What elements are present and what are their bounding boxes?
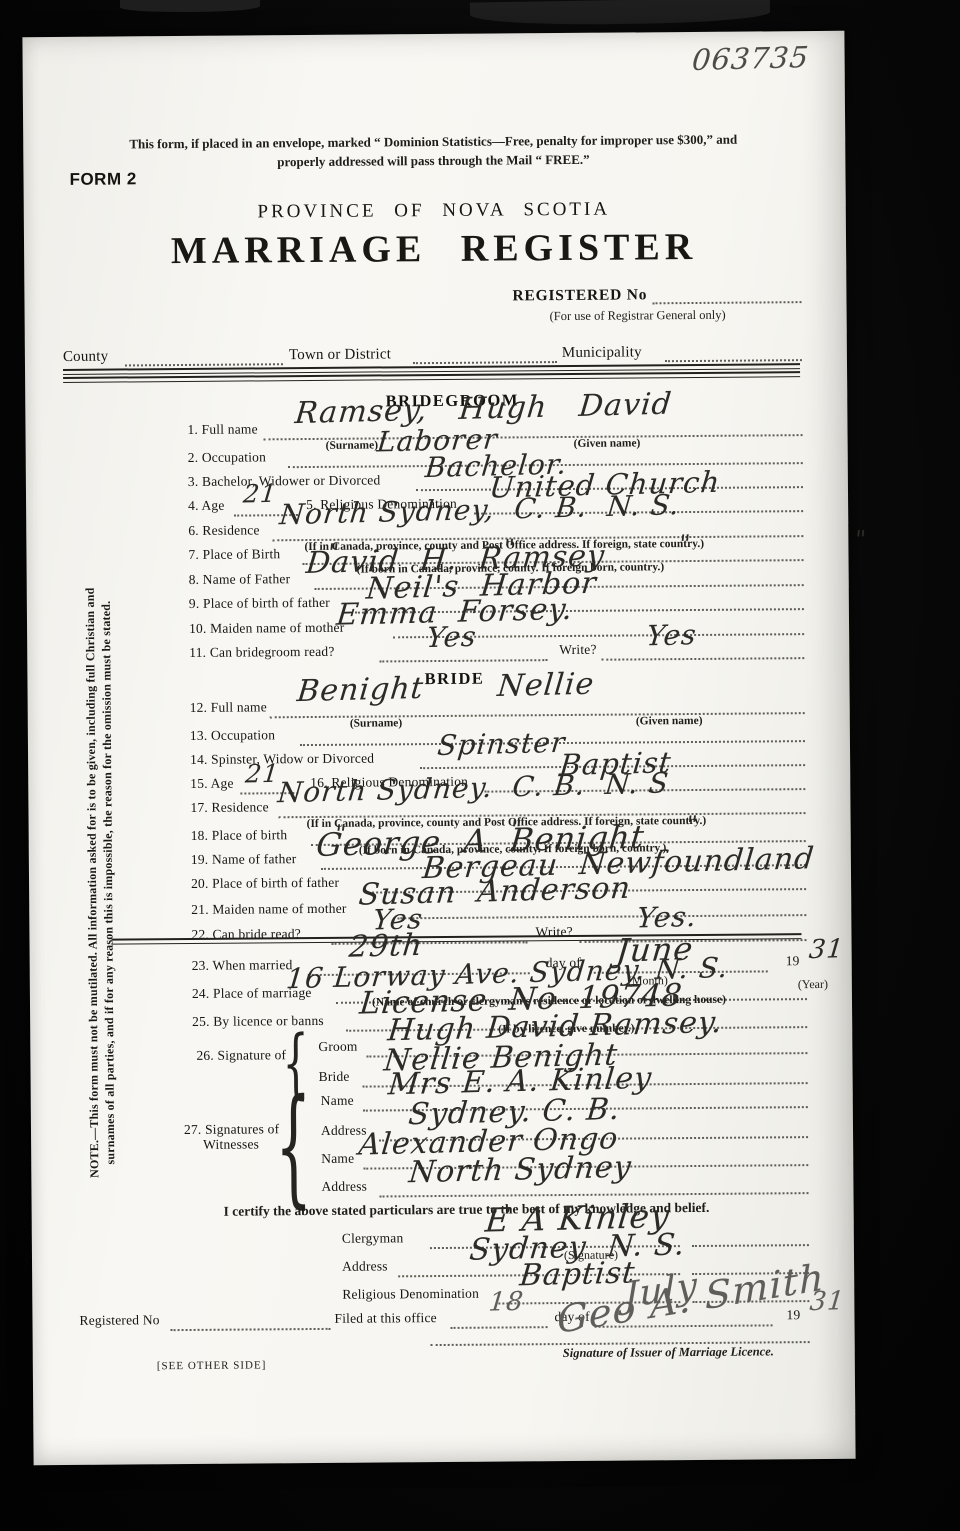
municipality-label: Municipality <box>562 344 642 362</box>
groom-status-label: 3. Bachelor, Widower or Divorced <box>188 472 381 490</box>
municipality-blank <box>665 359 802 362</box>
filed-at-office-label: Filed at this office <box>334 1310 436 1327</box>
filed-day-line <box>451 1326 548 1329</box>
issuer-signature-caption: Signature of Issuer of Marriage Licence. <box>563 1344 774 1361</box>
town-district-blank <box>413 361 557 364</box>
groom-mother-label: 10. Maiden name of mother <box>189 620 344 637</box>
registered-no-bottom-line <box>171 1328 331 1331</box>
witness2-address-label: Address <box>321 1179 367 1195</box>
witness2-address-line <box>380 1192 809 1197</box>
surname-caption: (Surname) <box>326 439 378 451</box>
clergy-denomination-label: Religious Denomination <box>342 1286 479 1303</box>
bride-status-label: 14. Spinster, Widow or Divorced <box>190 751 374 768</box>
bride-birthplace-label: 18. Place of birth <box>191 827 288 844</box>
bride-age-label: 15. Age <box>190 776 234 792</box>
groom-birthplace-label: 7. Place of Birth <box>188 546 280 563</box>
filed-year-prefix: 19 <box>786 1307 800 1323</box>
groom-father-birthplace-label: 9. Place of birth of father <box>189 595 330 612</box>
groom-residence-label: 6. Residence <box>188 522 260 539</box>
witness2-name-label: Name <box>321 1151 354 1167</box>
given-name-caption: (Given name) <box>636 715 703 728</box>
bride-mother-label: 21. Maiden name of mother <box>191 901 346 918</box>
year-caption: (Year) <box>798 977 828 992</box>
form-number: FORM 2 <box>69 169 136 190</box>
bride-mother-line <box>397 914 806 919</box>
groom-can-write-label: Write? <box>559 642 597 658</box>
marriage-register-form: 063735 This form, if placed in an envelo… <box>22 31 855 1465</box>
envelope-note-line2: properly addressed will pass through the… <box>83 150 783 171</box>
county-label: County <box>63 349 109 366</box>
witnesses-brace: { <box>275 1083 313 1211</box>
signature-of-label: 26. Signature of <box>196 1047 286 1064</box>
handwritten-serial-number: 063735 <box>691 43 811 75</box>
registered-no-blank <box>653 301 802 304</box>
surname-caption: (Surname) <box>350 717 402 729</box>
bride-status-handwriting: Spinster <box>436 729 567 760</box>
groom-age-label: 4. Age <box>188 498 225 514</box>
bride-can-write-handwriting: Yes. <box>635 903 698 933</box>
bride-father-birthplace-label: 20. Place of birth of father <box>191 875 339 892</box>
groom-occupation-label: 2. Occupation <box>188 449 266 466</box>
witnesses-label-line1: 27. Signatures of <box>184 1121 279 1138</box>
registered-no-label: REGISTERED No <box>512 286 647 305</box>
when-married-label: 23. When married <box>192 957 293 974</box>
filed-day-handwriting: 18 <box>487 1289 525 1316</box>
document-title: MARRIAGE REGISTER <box>64 224 804 274</box>
groom-can-read-line <box>379 659 547 662</box>
witnesses-label-line2: Witnesses <box>203 1136 259 1152</box>
clergyman-address-label: Address <box>342 1258 388 1274</box>
town-district-label: Town or District <box>289 346 391 364</box>
bride-full-name-handwriting: Benight Nellie <box>296 670 596 708</box>
county-blank <box>125 363 283 366</box>
bride-father-label: 19. Name of father <box>191 851 297 868</box>
see-other-side-note: [SEE OTHER SIDE] <box>157 1359 267 1372</box>
given-name-caption: (Given name) <box>574 437 641 450</box>
clergyman-label: Clergyman <box>342 1230 404 1246</box>
registered-no-bottom-label: Registered No <box>79 1312 159 1329</box>
torn-paper-edge <box>470 0 770 27</box>
margin-note: NOTE.—This form must not be mutilated. A… <box>83 563 119 1203</box>
bride-residence-label: 17. Residence <box>190 799 268 816</box>
bride-residence-handwriting: North Sydney. C. B. N. S <box>276 769 670 807</box>
torn-paper-edge <box>120 0 260 12</box>
marriage-year-handwriting: 31 <box>808 936 846 963</box>
province-heading: PROVINCE OF NOVA SCOTIA <box>124 198 744 225</box>
groom-residence-handwriting: North Sydney, C. B. N. S. <box>278 491 681 529</box>
groom-can-read-handwriting: Yes <box>425 623 478 652</box>
year-prefix: 19 <box>786 953 800 969</box>
groom-can-write-handwriting: Yes <box>645 621 698 650</box>
bride-full-name-label: 12. Full name <box>190 699 267 716</box>
witness1-name-label: Name <box>321 1093 354 1109</box>
clergyman-signature-line2 <box>692 1244 809 1247</box>
clergy-denomination-handwriting: Baptist <box>518 1258 636 1291</box>
groom-age-handwriting: 21 <box>242 481 278 507</box>
groom-full-name-label: 1. Full name <box>187 421 257 438</box>
scan-background: 063735 This form, if placed in an envelo… <box>0 0 960 1531</box>
groom-signature-label: Groom <box>318 1039 357 1055</box>
witness2-address-handwriting: North Sydney <box>407 1153 633 1189</box>
bride-occupation-label: 13. Occupation <box>190 727 275 744</box>
registered-no-caption: (For use of Registrar General only) <box>550 308 726 324</box>
envelope-note-line1: This form, if placed in an envelope, mar… <box>83 131 783 152</box>
groom-can-write-line <box>601 657 804 661</box>
bride-signature-label: Bride <box>319 1069 350 1085</box>
marriage-day-handwriting: 29th <box>348 931 425 963</box>
bride-age-handwriting: 21 <box>244 761 280 787</box>
groom-can-read-label: 11. Can bridegroom read? <box>189 644 334 661</box>
groom-father-label: 8. Name of Father <box>189 571 291 588</box>
